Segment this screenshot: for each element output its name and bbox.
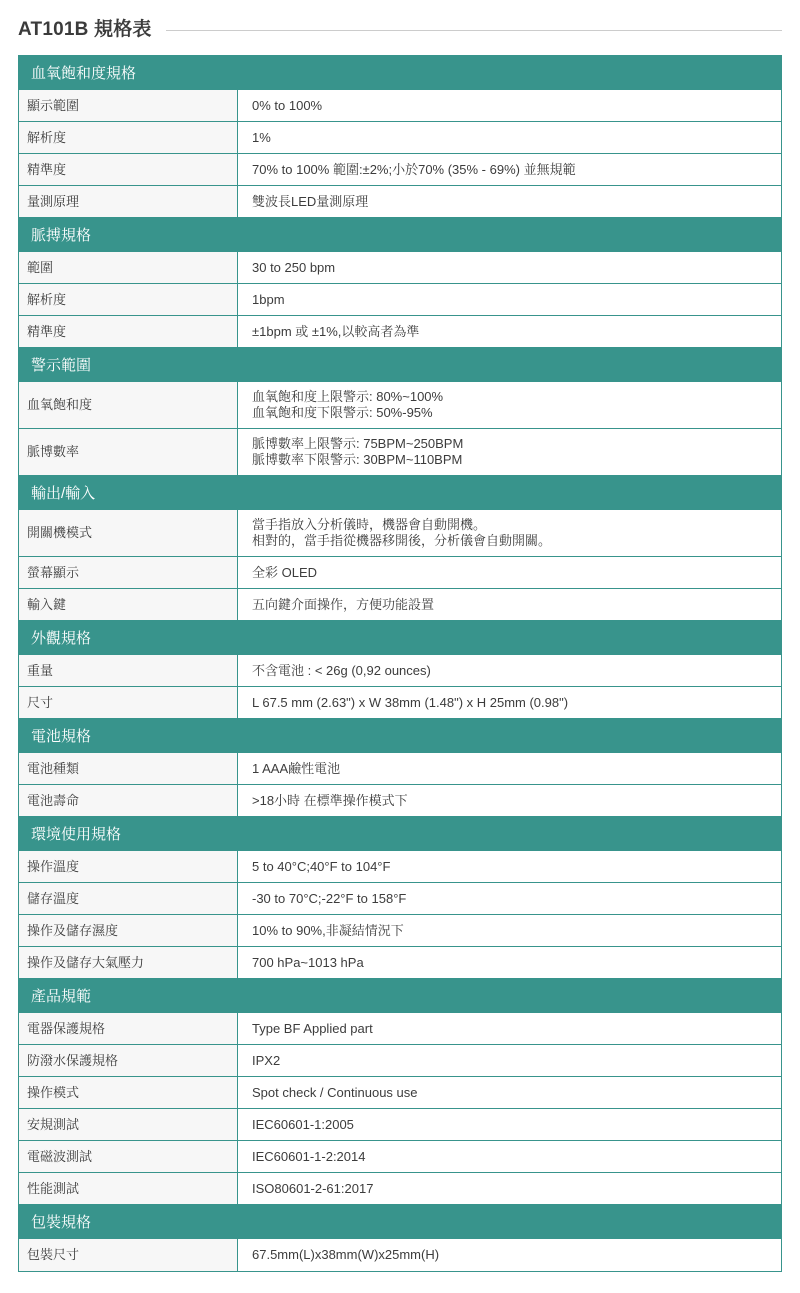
row-value-line: IEC60601-1-2:2014 — [252, 1149, 767, 1165]
section-header: 脈搏規格 — [19, 218, 781, 252]
row-value: Spot check / Continuous use — [238, 1077, 781, 1108]
section-header: 警示範圍 — [19, 348, 781, 382]
table-row: 量測原理雙波長LED量測原理 — [19, 186, 781, 218]
row-value: 不含電池 : < 26g (0,92 ounces) — [238, 655, 781, 686]
table-row: 電器保護規格Type BF Applied part — [19, 1013, 781, 1045]
row-value-line: 70% to 100% 範圍:±2%;小於70% (35% - 69%) 並無規… — [252, 162, 767, 178]
row-value: -30 to 70°C;-22°F to 158°F — [238, 883, 781, 914]
row-value: 10% to 90%,非凝結情況下 — [238, 915, 781, 946]
row-value: 五向鍵介面操作，方便功能設置 — [238, 589, 781, 620]
row-label: 開關機模式 — [19, 510, 238, 556]
row-label: 血氧飽和度 — [19, 382, 238, 428]
row-label: 電池壽命 — [19, 785, 238, 816]
row-label: 尺寸 — [19, 687, 238, 718]
table-row: 操作模式Spot check / Continuous use — [19, 1077, 781, 1109]
row-value-line: 1 AAA鹼性電池 — [252, 761, 767, 777]
row-label: 解析度 — [19, 122, 238, 153]
table-row: 操作溫度5 to 40°C;40°F to 104°F — [19, 851, 781, 883]
section-header: 產品規範 — [19, 979, 781, 1013]
row-value: >18小時 在標準操作模式下 — [238, 785, 781, 816]
row-value-line: 0% to 100% — [252, 98, 767, 114]
row-value-line: -30 to 70°C;-22°F to 158°F — [252, 891, 767, 907]
row-value: 1% — [238, 122, 781, 153]
row-value: ±1bpm 或 ±1%,以較高者為準 — [238, 316, 781, 347]
section-header: 外觀規格 — [19, 621, 781, 655]
row-value-line: 血氧飽和度下限警示: 50%-95% — [252, 405, 767, 421]
row-value-line: ISO80601-2-61:2017 — [252, 1181, 767, 1197]
section-header: 輸出/輸入 — [19, 476, 781, 510]
table-row: 精準度±1bpm 或 ±1%,以較高者為準 — [19, 316, 781, 348]
row-label: 螢幕顯示 — [19, 557, 238, 588]
row-label: 操作模式 — [19, 1077, 238, 1108]
row-label: 防潑水保護規格 — [19, 1045, 238, 1076]
row-value: 當手指放入分析儀時，機器會自動開機。相對的，當手指從機器移開後，分析儀會自動開關… — [238, 510, 781, 556]
table-row: 血氧飽和度血氧飽和度上限警示: 80%~100%血氧飽和度下限警示: 50%-9… — [19, 382, 781, 429]
row-label: 包裝尺寸 — [19, 1239, 238, 1271]
row-value: 30 to 250 bpm — [238, 252, 781, 283]
row-label: 電器保護規格 — [19, 1013, 238, 1044]
page-title: AT101B 規格表 — [18, 14, 152, 41]
table-row: 重量不含電池 : < 26g (0,92 ounces) — [19, 655, 781, 687]
row-value: 血氧飽和度上限警示: 80%~100%血氧飽和度下限警示: 50%-95% — [238, 382, 781, 428]
row-value: 雙波長LED量測原理 — [238, 186, 781, 217]
row-value-line: 雙波長LED量測原理 — [252, 194, 767, 210]
row-value: IEC60601-1:2005 — [238, 1109, 781, 1140]
row-label: 範圍 — [19, 252, 238, 283]
row-value-line: 10% to 90%,非凝結情況下 — [252, 923, 767, 939]
table-row: 脈博數率脈博數率上限警示: 75BPM~250BPM脈博數率下限警示: 30BP… — [19, 429, 781, 476]
row-value-line: 相對的，當手指從機器移開後，分析儀會自動開關。 — [252, 533, 767, 549]
row-label: 量測原理 — [19, 186, 238, 217]
row-value-line: ±1bpm 或 ±1%,以較高者為準 — [252, 324, 767, 340]
row-value-line: 1bpm — [252, 292, 767, 308]
section-header: 血氧飽和度規格 — [19, 56, 781, 90]
table-row: 操作及儲存大氣壓力700 hPa~1013 hPa — [19, 947, 781, 979]
row-value: 1bpm — [238, 284, 781, 315]
table-row: 範圍30 to 250 bpm — [19, 252, 781, 284]
row-value: 700 hPa~1013 hPa — [238, 947, 781, 978]
row-label: 安規測試 — [19, 1109, 238, 1140]
row-value: 70% to 100% 範圍:±2%;小於70% (35% - 69%) 並無規… — [238, 154, 781, 185]
row-value-line: 當手指放入分析儀時，機器會自動開機。 — [252, 517, 767, 533]
row-value: Type BF Applied part — [238, 1013, 781, 1044]
table-row: 儲存溫度-30 to 70°C;-22°F to 158°F — [19, 883, 781, 915]
row-value: 67.5mm(L)x38mm(W)x25mm(H) — [238, 1239, 781, 1271]
row-value: 0% to 100% — [238, 90, 781, 121]
row-label: 輸入鍵 — [19, 589, 238, 620]
table-row: 電池壽命>18小時 在標準操作模式下 — [19, 785, 781, 817]
table-row: 電池種類1 AAA鹼性電池 — [19, 753, 781, 785]
row-value-line: 5 to 40°C;40°F to 104°F — [252, 859, 767, 875]
row-value: ISO80601-2-61:2017 — [238, 1173, 781, 1204]
row-value-line: 700 hPa~1013 hPa — [252, 955, 767, 971]
row-value-line: >18小時 在標準操作模式下 — [252, 793, 767, 809]
row-label: 操作及儲存大氣壓力 — [19, 947, 238, 978]
row-value-line: L 67.5 mm (2.63") x W 38mm (1.48") x H 2… — [252, 695, 767, 711]
row-value: 全彩 OLED — [238, 557, 781, 588]
row-value-line: 脈博數率下限警示: 30BPM~110BPM — [252, 452, 767, 468]
row-value-line: 30 to 250 bpm — [252, 260, 767, 276]
row-label: 電磁波測試 — [19, 1141, 238, 1172]
table-row: 安規測試IEC60601-1:2005 — [19, 1109, 781, 1141]
row-value-line: 1% — [252, 130, 767, 146]
row-value-line: IEC60601-1:2005 — [252, 1117, 767, 1133]
row-value: 脈博數率上限警示: 75BPM~250BPM脈博數率下限警示: 30BPM~11… — [238, 429, 781, 475]
table-row: 開關機模式當手指放入分析儀時，機器會自動開機。相對的，當手指從機器移開後，分析儀… — [19, 510, 781, 557]
page-header: AT101B 規格表 — [18, 14, 782, 41]
row-value-line: 全彩 OLED — [252, 565, 767, 581]
row-value-line: 五向鍵介面操作，方便功能設置 — [252, 597, 767, 613]
row-value: 5 to 40°C;40°F to 104°F — [238, 851, 781, 882]
spec-table: 血氧飽和度規格顯示範圍0% to 100%解析度1%精準度70% to 100%… — [18, 55, 782, 1272]
row-value-line: 不含電池 : < 26g (0,92 ounces) — [252, 663, 767, 679]
table-row: 包裝尺寸67.5mm(L)x38mm(W)x25mm(H) — [19, 1239, 781, 1271]
table-row: 顯示範圍0% to 100% — [19, 90, 781, 122]
row-value: IEC60601-1-2:2014 — [238, 1141, 781, 1172]
row-label: 精準度 — [19, 316, 238, 347]
row-label: 解析度 — [19, 284, 238, 315]
row-value-line: 脈博數率上限警示: 75BPM~250BPM — [252, 436, 767, 452]
row-label: 儲存溫度 — [19, 883, 238, 914]
row-value-line: Spot check / Continuous use — [252, 1085, 767, 1101]
row-label: 顯示範圍 — [19, 90, 238, 121]
row-label: 重量 — [19, 655, 238, 686]
table-row: 解析度1bpm — [19, 284, 781, 316]
row-value: L 67.5 mm (2.63") x W 38mm (1.48") x H 2… — [238, 687, 781, 718]
section-header: 包裝規格 — [19, 1205, 781, 1239]
title-divider — [166, 30, 782, 31]
table-row: 精準度70% to 100% 範圍:±2%;小於70% (35% - 69%) … — [19, 154, 781, 186]
table-row: 電磁波測試IEC60601-1-2:2014 — [19, 1141, 781, 1173]
row-label: 脈博數率 — [19, 429, 238, 475]
row-value-line: 67.5mm(L)x38mm(W)x25mm(H) — [252, 1247, 767, 1263]
table-row: 防潑水保護規格IPX2 — [19, 1045, 781, 1077]
row-value: 1 AAA鹼性電池 — [238, 753, 781, 784]
section-header: 電池規格 — [19, 719, 781, 753]
row-label: 操作溫度 — [19, 851, 238, 882]
row-label: 電池種類 — [19, 753, 238, 784]
table-row: 操作及儲存濕度10% to 90%,非凝結情況下 — [19, 915, 781, 947]
section-header: 環境使用規格 — [19, 817, 781, 851]
table-row: 尺寸L 67.5 mm (2.63") x W 38mm (1.48") x H… — [19, 687, 781, 719]
row-value-line: Type BF Applied part — [252, 1021, 767, 1037]
table-row: 輸入鍵五向鍵介面操作，方便功能設置 — [19, 589, 781, 621]
row-label: 操作及儲存濕度 — [19, 915, 238, 946]
row-value-line: IPX2 — [252, 1053, 767, 1069]
table-row: 解析度1% — [19, 122, 781, 154]
row-value: IPX2 — [238, 1045, 781, 1076]
row-label: 精準度 — [19, 154, 238, 185]
table-row: 性能測試ISO80601-2-61:2017 — [19, 1173, 781, 1205]
row-label: 性能測試 — [19, 1173, 238, 1204]
row-value-line: 血氧飽和度上限警示: 80%~100% — [252, 389, 767, 405]
table-row: 螢幕顯示全彩 OLED — [19, 557, 781, 589]
spec-page: AT101B 規格表 血氧飽和度規格顯示範圍0% to 100%解析度1%精準度… — [0, 0, 800, 1286]
